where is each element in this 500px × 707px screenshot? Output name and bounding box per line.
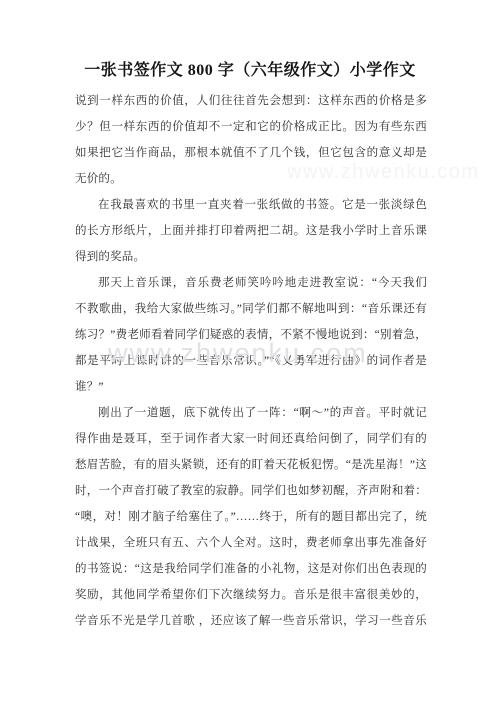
essay-line: 如果把它当作商品，那根本就值不了几个钱，但它包含的意义却是 <box>75 140 427 166</box>
essay-line: 计战果，全班只有五、六个人全对。这时，费老师拿出事先准备好 <box>75 530 427 556</box>
essay-line: 无价的。 <box>75 166 427 192</box>
essay-line: 不教歌曲，我给大家做些练习。”同学们都不解地叫到：“音乐课还有 <box>75 296 427 322</box>
essay-line: “噢，对！刚才脑子给塞住了。”……终于，所有的题目都出完了，统 <box>75 504 427 530</box>
essay-line: 的书签说：“这是我给同学们准备的小礼物，这是对你们出色表现的 <box>75 556 427 582</box>
essay-line: 说到一样东西的价值，人们往往首先会想到：这样东西的价格是多 <box>75 88 427 114</box>
essay-line: 在我最喜欢的书里一直夹着一张纸做的书签。它是一张淡绿色 <box>75 192 427 218</box>
essay-line: 都是平时上课时讲的一些音乐常识。”“《义勇军进行曲》的词作者是 <box>75 348 427 374</box>
essay-line: 得到的奖品。 <box>75 244 427 270</box>
essay-line: 的长方形纸片，上面并排打印着两把二胡。这是我小学时上音乐课 <box>75 218 427 244</box>
essay-line: 学音乐不光是学几首歌 ，还应该了解一些音乐常识，学习一些音乐 <box>75 608 427 634</box>
essay-title: 一张书签作文 800 字（六年级作文）小学作文 <box>0 58 500 84</box>
essay-line: 练习？”费老师看着同学们疑惑的表情，不紧不慢地说到：“别着急， <box>75 322 427 348</box>
document-page: www.zhwenku.com 一张书签作文 800 字（六年级作文）小学作文 … <box>0 0 500 707</box>
essay-line: 时，一个声音打破了教室的寂静。同学们也如梦初醒，齐声附和着： <box>75 478 427 504</box>
essay-line: 奖励，其他同学希望你们下次继续努力。音乐是很丰富很美妙的， <box>75 582 427 608</box>
essay-line: 愁眉苦脸，有的眉头紧锁，还有的盯着天花板犯愣。“是冼星海！”这 <box>75 452 427 478</box>
essay-line: 那天上音乐课，音乐费老师笑吟吟地走进教室说：“今天我们 <box>75 270 427 296</box>
essay-line: 少？但一样东西的价值却不一定和它的价格成正比。因为有些东西 <box>75 114 427 140</box>
essay-line: 得作曲是聂耳，至于词作者大家一时间还真给问倒了，同学们有的 <box>75 426 427 452</box>
essay-line: 刚出了一道题，底下就传出了一阵：“啊～”的声音。平时就记 <box>75 400 427 426</box>
essay-line: 谁？” <box>75 374 427 400</box>
essay-body: 说到一样东西的价值，人们往往首先会想到：这样东西的价格是多少？但一样东西的价值却… <box>75 88 427 634</box>
